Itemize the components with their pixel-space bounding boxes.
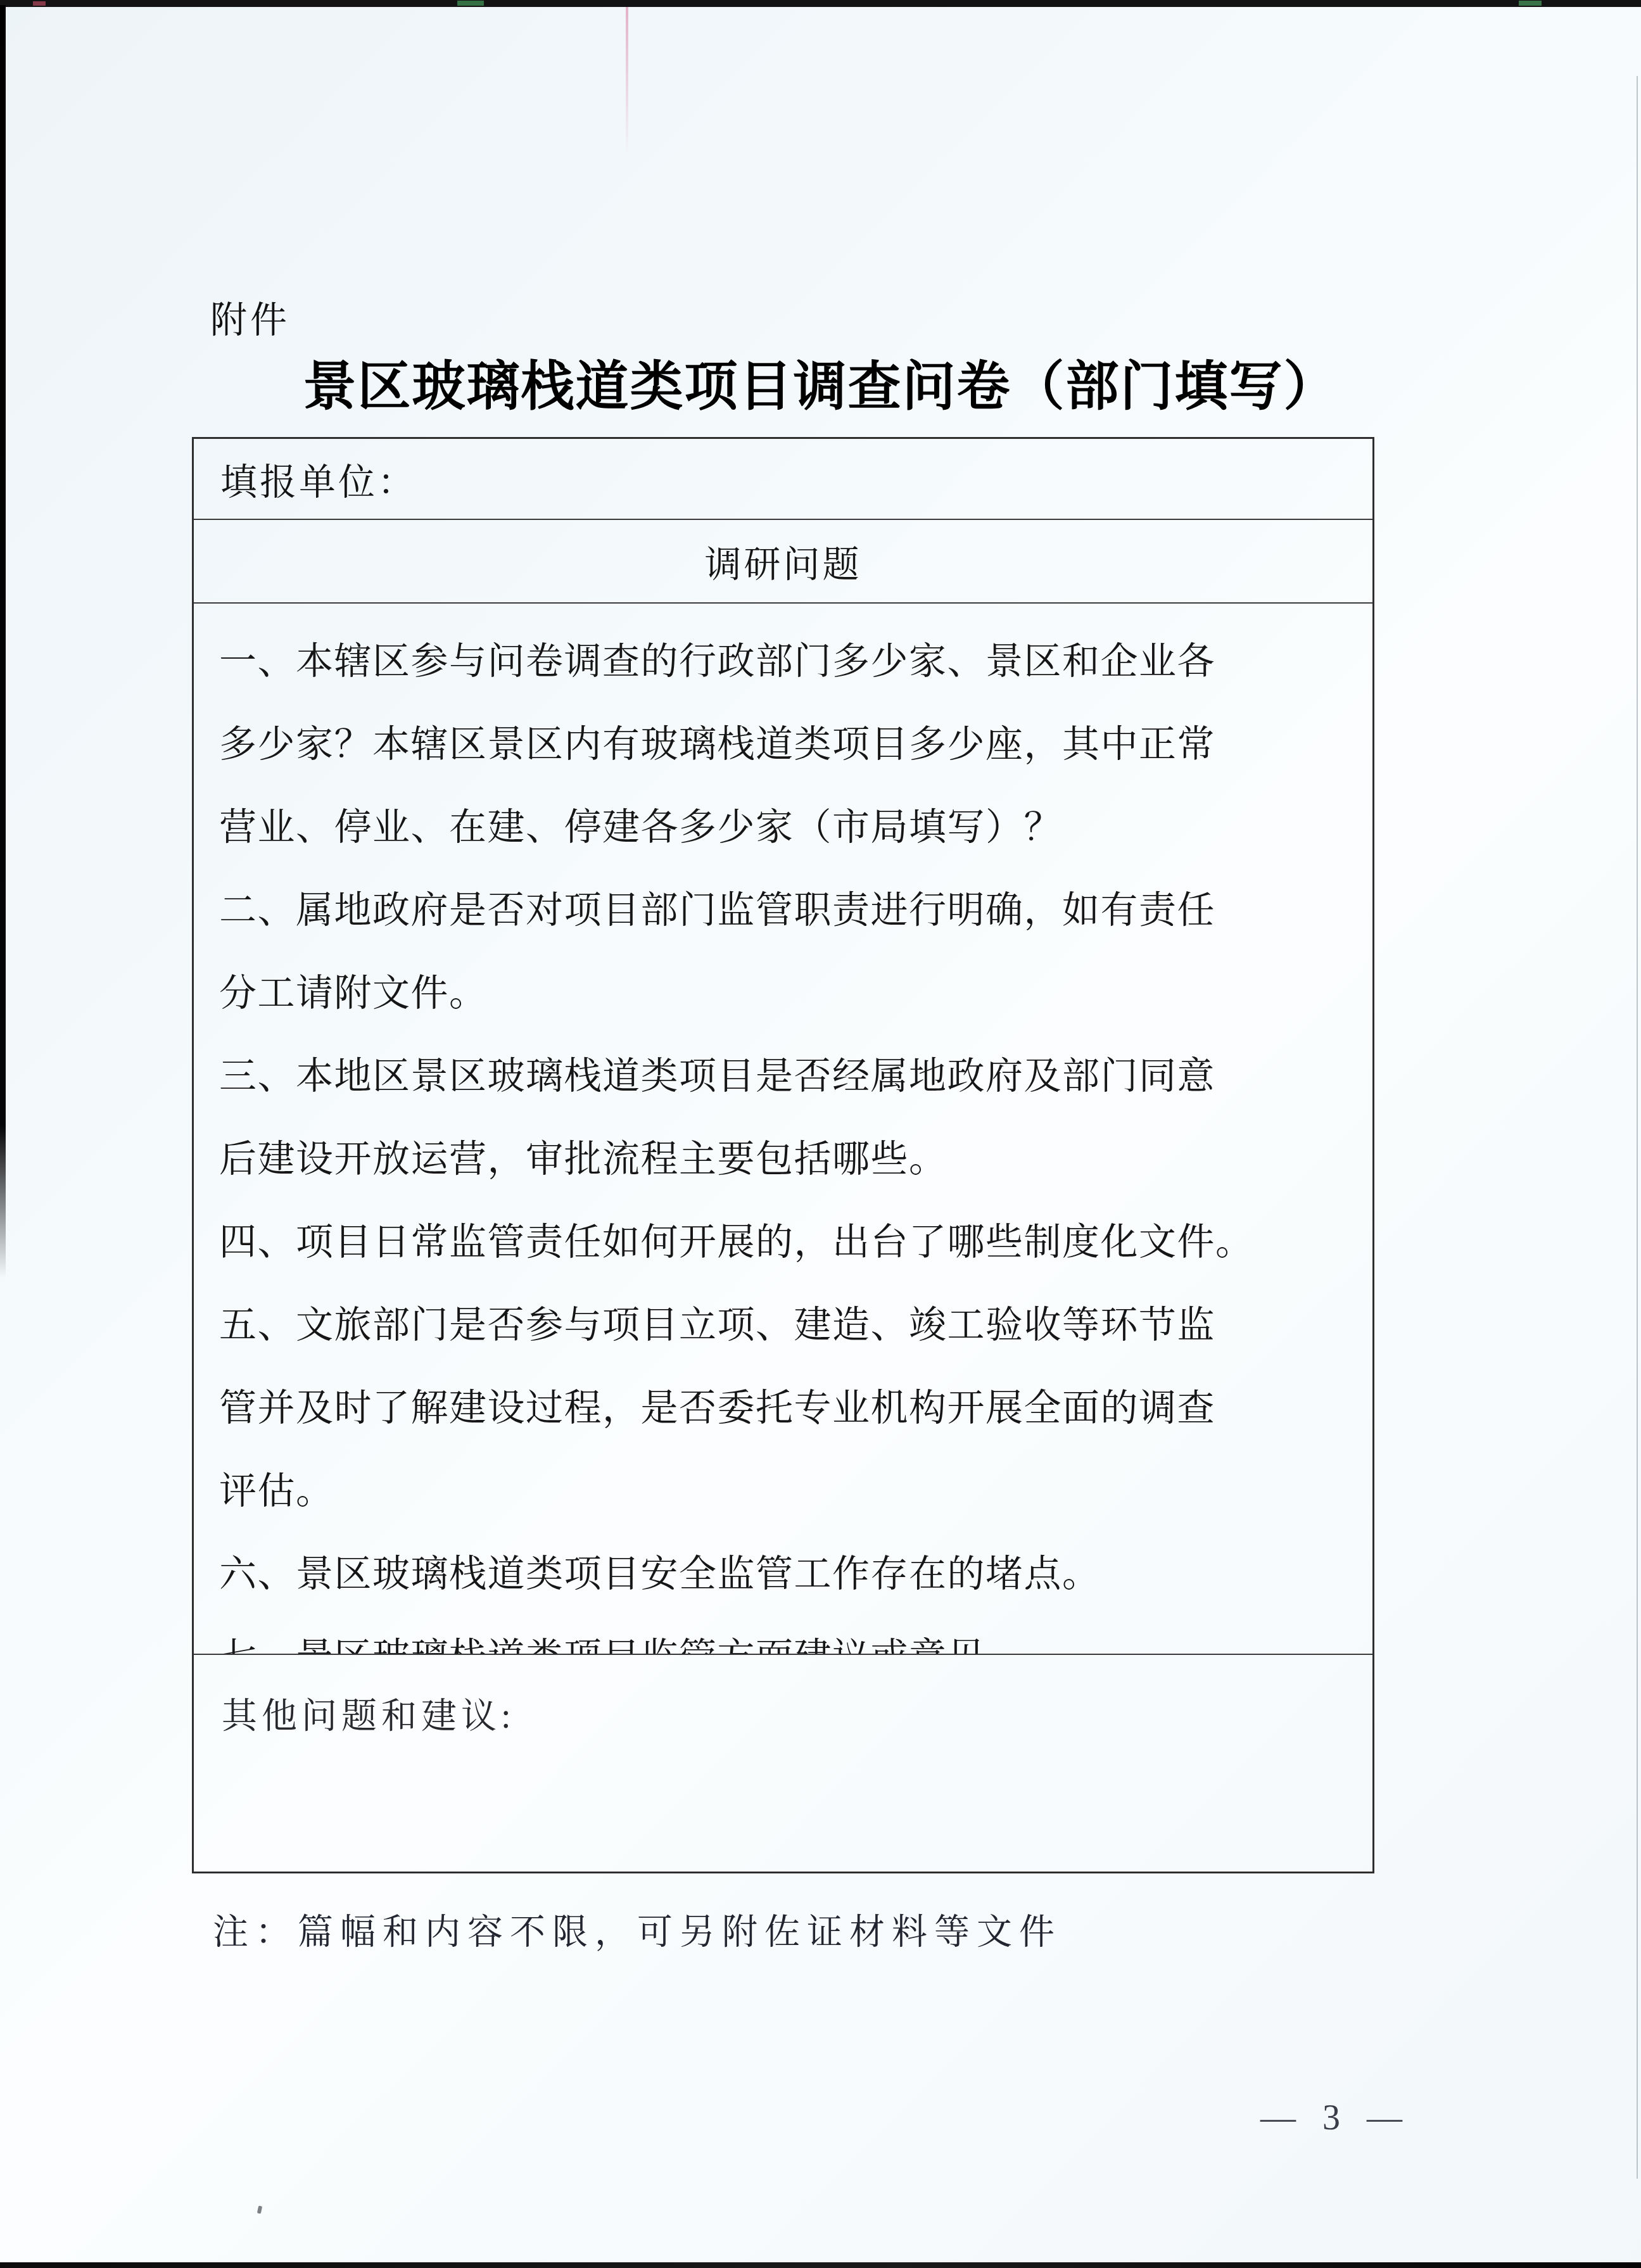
scanned-document-page: 附件 景区玻璃栈道类项目调查问卷（部门填写） 填报单位： 调研问题 一、本辖区参… [0, 0, 1641, 2268]
page-number: — 3 — [1260, 2098, 1411, 2138]
reporting-unit-row: 填报单位： [194, 439, 1372, 519]
scan-streak-pink [626, 7, 628, 156]
question-line: 三、本地区景区玻璃栈道类项目是否经属地政府及部门同意 [219, 1031, 1355, 1114]
question-line: 五、文旅部门是否参与项目立项、建造、竣工验收等环节监 [219, 1280, 1355, 1363]
survey-questions-header: 调研问题 [194, 519, 1372, 602]
question-line: 一、本辖区参与问卷调查的行政部门多少家、景区和企业各 [219, 616, 1355, 699]
questions-cell: 一、本辖区参与问卷调查的行政部门多少家、景区和企业各多少家？本辖区景区内有玻璃栈… [194, 602, 1372, 1654]
scan-edge-top [0, 0, 1641, 7]
scan-speck-green [457, 1, 484, 6]
other-issues-cell: 其他问题和建议: [194, 1654, 1372, 1872]
question-line: 评估。 [219, 1446, 1355, 1529]
scan-edge-left [0, 5, 6, 1278]
scan-speck-red [33, 1, 46, 6]
question-line: 多少家？本辖区景区内有玻璃栈道类项目多少座，其中正常 [219, 699, 1355, 782]
question-line: 管并及时了解建设过程，是否委托专业机构开展全面的调查 [219, 1363, 1355, 1446]
questionnaire-table: 填报单位： 调研问题 一、本辖区参与问卷调查的行政部门多少家、景区和企业各多少家… [192, 437, 1374, 1873]
attachment-label: 附件 [210, 290, 290, 343]
question-line: 七、景区玻璃栈道类项目监管方面建议或意见。 [219, 1612, 1355, 1654]
question-line: 六、景区玻璃栈道类项目安全监管工作存在的堵点。 [219, 1529, 1355, 1612]
scan-speck-dot [257, 2206, 262, 2214]
footnote: 注：篇幅和内容不限，可另附佐证材料等文件 [213, 1904, 1061, 1954]
question-line: 二、属地政府是否对项目部门监管职责进行明确，如有责任 [219, 865, 1355, 948]
question-line: 营业、停业、在建、停建各多少家（市局填写）？ [219, 782, 1355, 865]
question-line: 分工请附文件。 [219, 948, 1355, 1031]
question-line: 后建设开放运营，审批流程主要包括哪些。 [219, 1114, 1355, 1197]
scan-speck-green [1519, 1, 1542, 6]
question-line: 四、项目日常监管责任如何开展的，出台了哪些制度化文件。 [219, 1197, 1355, 1280]
scan-edge-bottom [0, 2262, 1641, 2268]
document-title: 景区玻璃栈道类项目调查问卷（部门填写） [0, 339, 1641, 424]
